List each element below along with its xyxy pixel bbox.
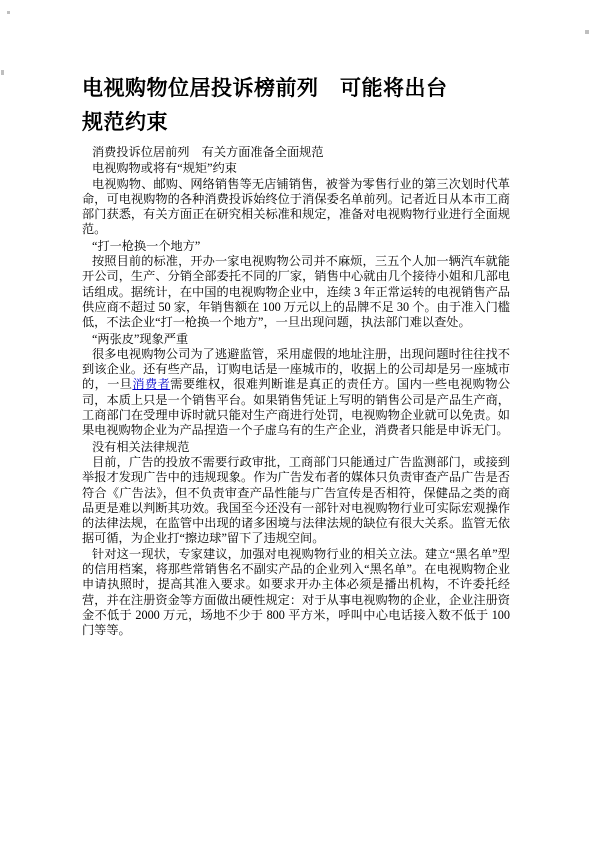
section-heading-2: “两张皮”现象严重 xyxy=(82,332,510,347)
paragraph-5: 针对这一现状，专家建议，加强对电视购物行业的相关立法。建立“黑名单”型的信用档案… xyxy=(82,547,510,639)
consumer-link[interactable]: 消费者 xyxy=(132,377,170,391)
paragraph-3: 很多电视购物公司为了逃避监管，采用虚假的地址注册，出现问题时往往找不到该企业。还… xyxy=(82,347,510,439)
paragraph-4: 目前，广告的投放不需要行政审批，工商部门只能通过广告监测部门，或接到举报才发现广… xyxy=(82,455,510,547)
scan-artifact xyxy=(1,70,4,75)
paragraph-intro: 电视购物、邮购、网络销售等无店铺销售，被誉为零售行业的第三次划时代革命，可电视购… xyxy=(82,177,510,238)
article-subtitle-2: 电视购物或将有“规矩”约束 xyxy=(82,161,510,176)
article-title: 电视购物位居投诉榜前列 可能将出台规范约束 xyxy=(82,71,450,139)
paragraph-2: 按照目前的标准，开办一家电视购物公司并不麻烦，三五个人加一辆汽车就能开公司，生产… xyxy=(82,254,510,330)
section-heading-3: 没有相关法律规范 xyxy=(82,440,510,455)
document-page: 电视购物位居投诉榜前列 可能将出台规范约束 消费投诉位居前列 有关方面准备全面规… xyxy=(0,0,595,842)
section-heading-1: “打一枪换一个地方” xyxy=(82,239,510,254)
scan-artifact xyxy=(7,11,10,14)
scan-artifact xyxy=(585,30,589,34)
article-subtitle: 消费投诉位居前列 有关方面准备全面规范 xyxy=(82,145,510,160)
